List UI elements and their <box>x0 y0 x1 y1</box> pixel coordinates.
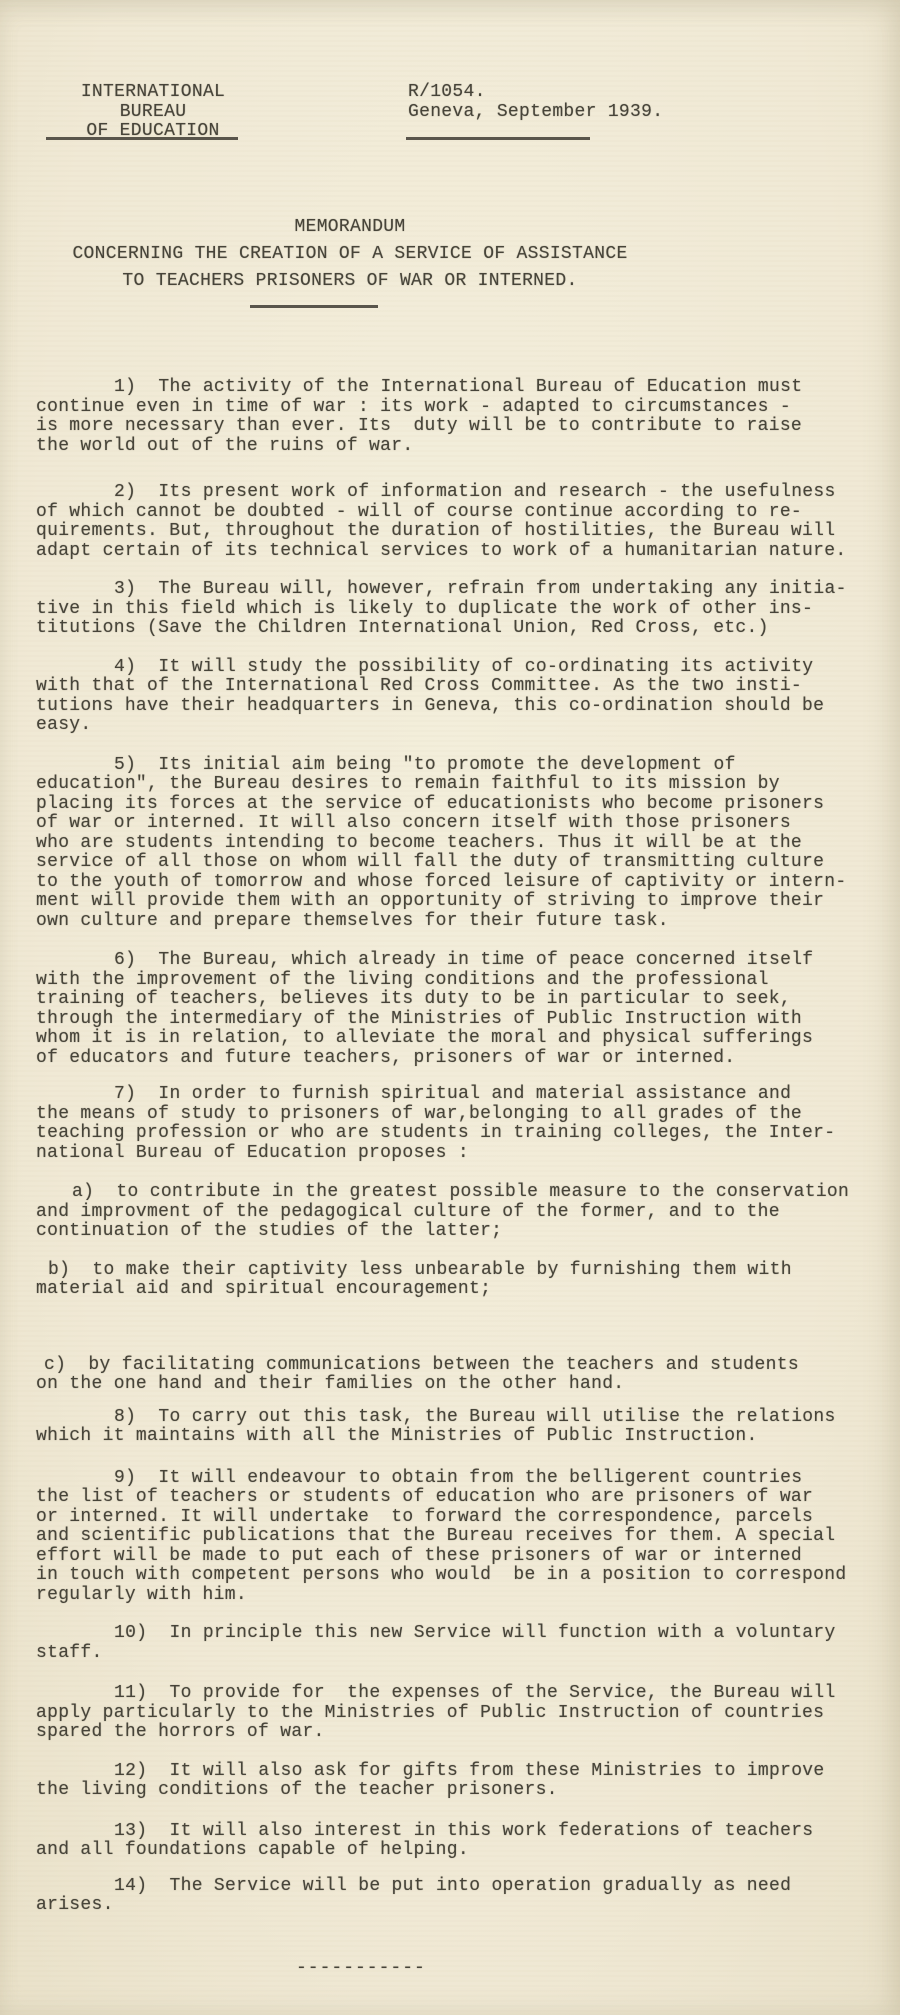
paragraph-6: 6) The Bureau, which already in time of … <box>36 951 880 1068</box>
paragraph-9: 9) It will endeavour to obtain from the … <box>36 1469 880 1606</box>
date-line: Geneva, September 1939. <box>408 103 663 123</box>
paragraph-7: 7) In order to furnish spiritual and mat… <box>36 1085 880 1163</box>
paragraph-13: 13) It will also interest in this work f… <box>36 1822 880 1861</box>
item-c: c) by facilitating communications betwee… <box>36 1356 880 1395</box>
paragraph-4: 4) It will study the possibility of co-o… <box>36 658 880 736</box>
header-rule-left <box>46 137 238 140</box>
end-divider: ----------- <box>296 1959 880 1979</box>
reference-block: R/1054. Geneva, September 1939. <box>408 83 663 122</box>
reference-number: R/1054. <box>408 83 663 103</box>
memo-subtitle-2: TO TEACHERS PRISONERS OF WAR OR INTERNED… <box>0 268 700 295</box>
memo-document-page: INTERNATIONAL BUREAU OF EDUCATION R/1054… <box>0 0 900 2015</box>
item-b: b) to make their captivity less unbearab… <box>36 1261 880 1300</box>
paragraph-5: 5) Its initial aim being "to promote the… <box>36 756 880 932</box>
paragraph-3: 3) The Bureau will, however, refrain fro… <box>36 580 880 639</box>
memo-heading: MEMORANDUM CONCERNING THE CREATION OF A … <box>0 214 700 308</box>
memo-body: 1) The activity of the International Bur… <box>0 378 900 1978</box>
header-rule-right <box>406 137 590 140</box>
letterhead: INTERNATIONAL BUREAU OF EDUCATION R/1054… <box>0 0 900 150</box>
org-name-line1: INTERNATIONAL BUREAU <box>48 83 258 122</box>
item-a: a) to contribute in the greatest possibl… <box>36 1183 880 1242</box>
paragraph-10: 10) In principle this new Service will f… <box>36 1624 880 1663</box>
org-name-block: INTERNATIONAL BUREAU OF EDUCATION <box>48 83 258 142</box>
paragraph-14: 14) The Service will be put into operati… <box>36 1877 880 1916</box>
paragraph-1: 1) The activity of the International Bur… <box>36 378 880 456</box>
paragraph-12: 12) It will also ask for gifts from thes… <box>36 1762 880 1801</box>
memo-subtitle-1: CONCERNING THE CREATION OF A SERVICE OF … <box>0 241 700 268</box>
paragraph-11: 11) To provide for the expenses of the S… <box>36 1684 880 1743</box>
memo-title: MEMORANDUM <box>0 214 700 241</box>
title-rule <box>250 305 378 308</box>
paragraph-2: 2) Its present work of information and r… <box>36 483 880 561</box>
paragraph-8: 8) To carry out this task, the Bureau wi… <box>36 1408 880 1447</box>
